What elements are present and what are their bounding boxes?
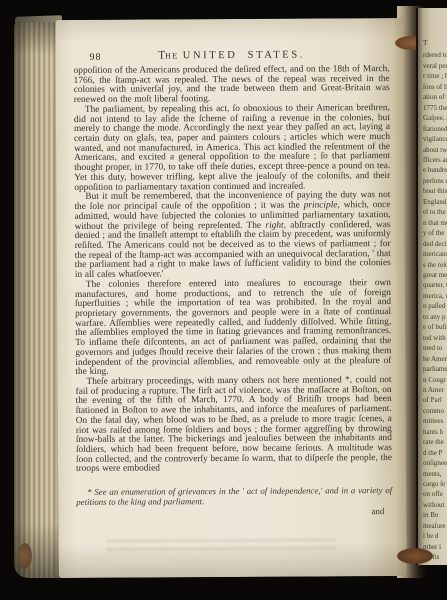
book-photo: 98 THEUNITED STATES. oppoſition of the A… xyxy=(0,0,447,600)
body-text: oppoſition of the Americans produced the… xyxy=(74,65,392,475)
right-page-line-fragment: ted with xyxy=(423,333,447,343)
right-page-line-fragment: ments, xyxy=(423,469,447,479)
footnote-text: * See an enumeration of grievances in th… xyxy=(76,486,392,507)
right-page-line-fragment: n paſſed xyxy=(423,301,447,311)
right-page-line-fragment: mericans, w xyxy=(423,249,447,259)
page-header: 98 THEUNITED STATES. xyxy=(73,48,389,63)
right-page-line-fragment: perſons con xyxy=(423,176,447,186)
paragraph: But it muſt be remembered, that the inco… xyxy=(74,191,391,280)
right-page-line-fragment: e hundre xyxy=(423,165,447,175)
right-page-text-fragments: T rdered to ſeveral perſonr time ; buſon… xyxy=(418,8,447,563)
right-page-line-fragment: rate the xyxy=(423,437,447,447)
paragraph: Theſe arbitrary proceedings, with many o… xyxy=(75,376,392,475)
worn-corner-left xyxy=(18,543,32,569)
paragraph: The colonies therefore entered into meaſ… xyxy=(75,279,392,378)
page-showthrough xyxy=(106,538,336,555)
right-page-line-fragment: l be d xyxy=(423,531,447,541)
right-page-line-fragment: cargo ſe xyxy=(423,479,447,489)
right-page-line-fragment: n Congr xyxy=(423,375,447,385)
right-page-line-fragment: ſtationed xyxy=(423,124,447,134)
right-page-line-fragment: in Bo xyxy=(423,510,447,520)
right-page-line-fragment: Gaſpee, a xyxy=(423,113,447,123)
right-page-line-fragment: onſignee xyxy=(423,458,447,468)
right-page-line-fragment: quarter, t xyxy=(423,280,447,290)
right-page-sliver: T rdered to ſeveral perſonr time ; buſon… xyxy=(416,8,447,565)
right-page-line-fragment: to any p xyxy=(423,312,447,322)
right-page-line-fragment: bout this t xyxy=(423,186,447,196)
catchword: and xyxy=(58,506,384,518)
right-page-line-fragment: without xyxy=(423,500,447,510)
right-page-line-fragment: mittees xyxy=(423,416,447,426)
right-page-line-fragment: commo xyxy=(423,406,447,416)
right-page-line-fragment: el to the xyxy=(423,207,447,217)
right-page-line-fragment: fficers and xyxy=(423,155,447,165)
right-page-line-fragment: d the P xyxy=(423,448,447,458)
right-page-line-fragment: veral perſon xyxy=(423,61,447,71)
left-page: 98 THEUNITED STATES. oppoſition of the A… xyxy=(55,18,406,578)
right-page-line-fragment: about two xyxy=(423,145,447,155)
right-page-line-fragment: 1775 the xyxy=(423,103,447,113)
right-page-line-fragment: of Parl xyxy=(423,395,447,405)
right-page-line-fragment: s the reſol xyxy=(423,260,447,270)
right-page-line-fragment: ſons of libert xyxy=(423,82,447,92)
running-head-initial: T xyxy=(158,49,165,61)
right-page-line-fragment: England, ſ xyxy=(423,197,447,207)
right-page-line-fragment: great meaſ xyxy=(423,270,447,280)
paragraph: oppoſition of the Americans produced the… xyxy=(74,65,390,106)
right-page-head-fragment: T xyxy=(423,38,447,48)
right-page-line-fragment: rdered to ſe xyxy=(423,50,447,60)
right-page-line-fragment: n Amer xyxy=(423,385,447,395)
right-page-line-fragment: n that mo xyxy=(423,218,447,228)
right-page-line-fragment: ation of the xyxy=(423,92,447,102)
right-page-line-fragment: y of the xyxy=(423,228,447,238)
right-page-line-fragment: on offe xyxy=(423,489,447,499)
right-page-line-fragment: nted to xyxy=(423,343,447,353)
right-page-line-fragment: ded deciſ xyxy=(423,239,447,249)
paragraph: The parliament, by repealing this act, ſ… xyxy=(74,104,391,193)
right-page-line-fragment: merica, unde xyxy=(423,291,447,301)
right-page-line-fragment: hants h xyxy=(423,427,447,437)
right-page-line-fragment: he Americ xyxy=(423,354,447,364)
right-page-line-fragment: r time ; bu xyxy=(423,71,447,81)
right-page-line-fragment: meaſure xyxy=(423,521,447,531)
running-head-title: THEUNITED STATES. xyxy=(73,48,389,62)
worn-corner-bottom-right xyxy=(397,548,433,564)
right-page-line-fragment: vigilance o xyxy=(423,134,447,144)
page-stack-fore-edge xyxy=(14,22,60,578)
right-page-line-fragment: e of buſin xyxy=(423,322,447,332)
right-page-line-fragment: parliame xyxy=(423,364,447,374)
